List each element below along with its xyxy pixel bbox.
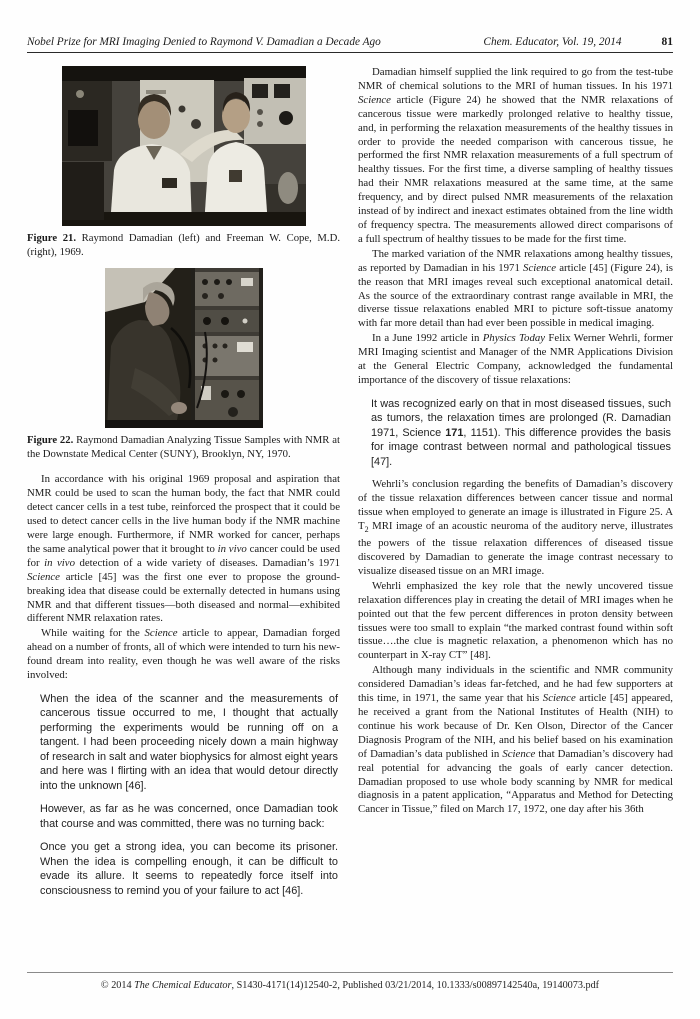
right-paragraph-4: Wehrli’s conclusion regarding the benefi…: [358, 478, 673, 579]
figure21-photo: [62, 66, 306, 226]
page-number: 81: [662, 36, 674, 48]
figure22-caption-label: Figure 22.: [27, 434, 73, 446]
header-rule: [27, 52, 673, 53]
figure21-caption: Figure 21. Raymond Damadian (left) and F…: [27, 231, 340, 259]
figure-22: Figure 22. Raymond Damadian Analyzing Ti…: [27, 268, 340, 461]
two-column-body: Figure 21. Raymond Damadian (left) and F…: [27, 66, 673, 907]
right-blockquote-1: It was recognized early on that in most …: [371, 397, 671, 470]
right-paragraph-2: The marked variation of the NMR relaxati…: [358, 248, 673, 331]
document-page: Nobel Prize for MRI Imaging Denied to Ra…: [0, 0, 700, 1019]
left-paragraph-2: While waiting for the Science article to…: [27, 627, 340, 683]
running-title: Nobel Prize for MRI Imaging Denied to Ra…: [27, 36, 483, 48]
left-blockquote-1: When the idea of the scanner and the mea…: [40, 692, 338, 794]
left-blockquote-2: However, as far as he was concerned, onc…: [40, 802, 338, 831]
figure22-caption: Figure 22. Raymond Damadian Analyzing Ti…: [27, 433, 340, 461]
right-paragraph-3: In a June 1992 article in Physics Today …: [358, 332, 673, 388]
figure22-photo: [105, 268, 263, 428]
left-column: Figure 21. Raymond Damadian (left) and F…: [27, 66, 340, 907]
figure21-caption-label: Figure 21.: [27, 232, 76, 244]
figure-21: Figure 21. Raymond Damadian (left) and F…: [27, 66, 340, 259]
right-paragraph-1: Damadian himself supplied the link requi…: [358, 66, 673, 247]
journal-reference: Chem. Educator, Vol. 19, 2014: [483, 36, 621, 48]
page-header: Nobel Prize for MRI Imaging Denied to Ra…: [27, 36, 673, 48]
figure22-caption-text: Raymond Damadian Analyzing Tissue Sample…: [27, 434, 340, 460]
left-paragraph-1: In accordance with his original 1969 pro…: [27, 473, 340, 626]
right-paragraph-6: Although many individuals in the scienti…: [358, 664, 673, 817]
right-paragraph-5: Wehrli emphasized the key role that the …: [358, 580, 673, 663]
right-column: Damadian himself supplied the link requi…: [358, 66, 673, 907]
footer-citation: © 2014 The Chemical Educator, S1430-4171…: [27, 972, 673, 991]
left-blockquote-3: Once you get a strong idea, you can beco…: [40, 840, 338, 898]
